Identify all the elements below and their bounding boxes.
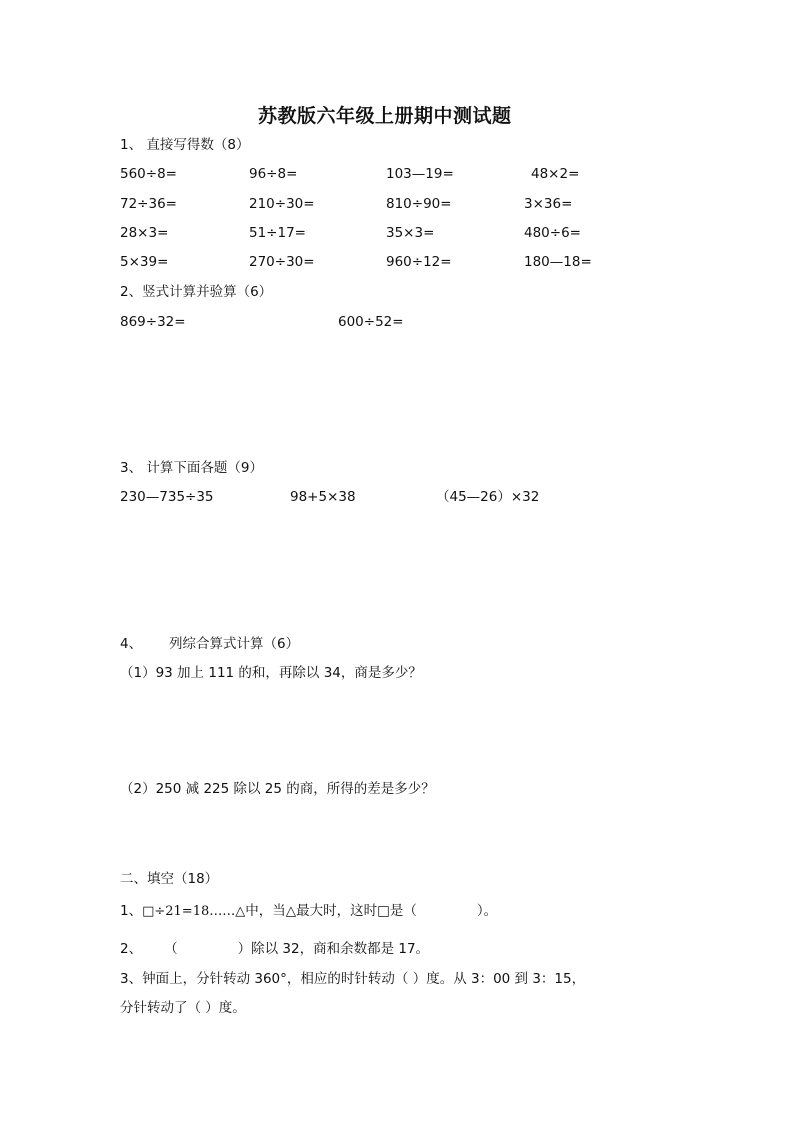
section4-number: 4、 [120,635,142,653]
q1-text: 中，当△最大时，这时□是（ [245,903,417,919]
q1-formula: □÷21=18……△ [142,904,245,919]
problem: 210÷30= [249,195,315,213]
problem: 810÷90= [386,195,452,213]
problem: 35×3= [386,224,434,242]
problem: 270÷30= [249,253,315,271]
page-title: 苏教版六年级上册期中测试题 [258,101,512,128]
section2-heading: 2、竖式计算并验算（6） [120,283,272,301]
problem: 5×39= [120,253,168,271]
word-problem-2: （2）250 减 225 除以 25 的商，所得的差是多少？ [120,780,435,798]
problem: 48×2= [531,165,579,183]
problem: 51÷17= [249,224,306,242]
fill-blank-1: 1、□÷21=18……△中，当△最大时，这时□是（）。 [120,902,497,921]
problem: 72÷36= [120,195,177,213]
word-problem-1: （1）93 加上 111 的和，再除以 34，商是多少？ [120,664,422,682]
problem: 96÷8= [249,165,297,183]
part2-heading: 二、填空（18） [120,870,218,888]
problem: 3×36= [524,195,572,213]
problem: 230—735÷35 [120,488,214,506]
section1-heading: 1、 直接写得数（8） [120,136,249,154]
q2-text: ）除以 32，商和余数都是 17。 [238,941,429,957]
q1-prefix: 1、 [120,903,142,919]
fill-blank-3-line2: 分针转动了（ ）度。 [120,999,246,1017]
problem: 560÷8= [120,165,177,183]
section4-heading: 列综合算式计算（6） [169,635,299,653]
problem: 103—19= [386,165,454,183]
section3-heading: 3、 计算下面各题（9） [120,459,263,477]
problem: （45—26）×32 [436,488,539,506]
problem: 480÷6= [524,224,581,242]
q2-open: （ [164,941,178,957]
problem: 869÷32= [120,313,186,331]
problem: 28×3= [120,224,168,242]
problem: 98+5×38 [290,488,356,506]
problem: 960÷12= [386,253,452,271]
problem: 180—18= [524,253,592,271]
fill-blank-3-line1: 3、钟面上，分针转动 360°，相应的时针转动（ ）度。从 3：00 到 3：1… [120,970,585,988]
q1-close: ）。 [477,903,497,919]
q2-prefix: 2、 [120,941,142,957]
fill-blank-2: 2、（）除以 32，商和余数都是 17。 [120,940,429,958]
problem: 600÷52= [338,313,404,331]
